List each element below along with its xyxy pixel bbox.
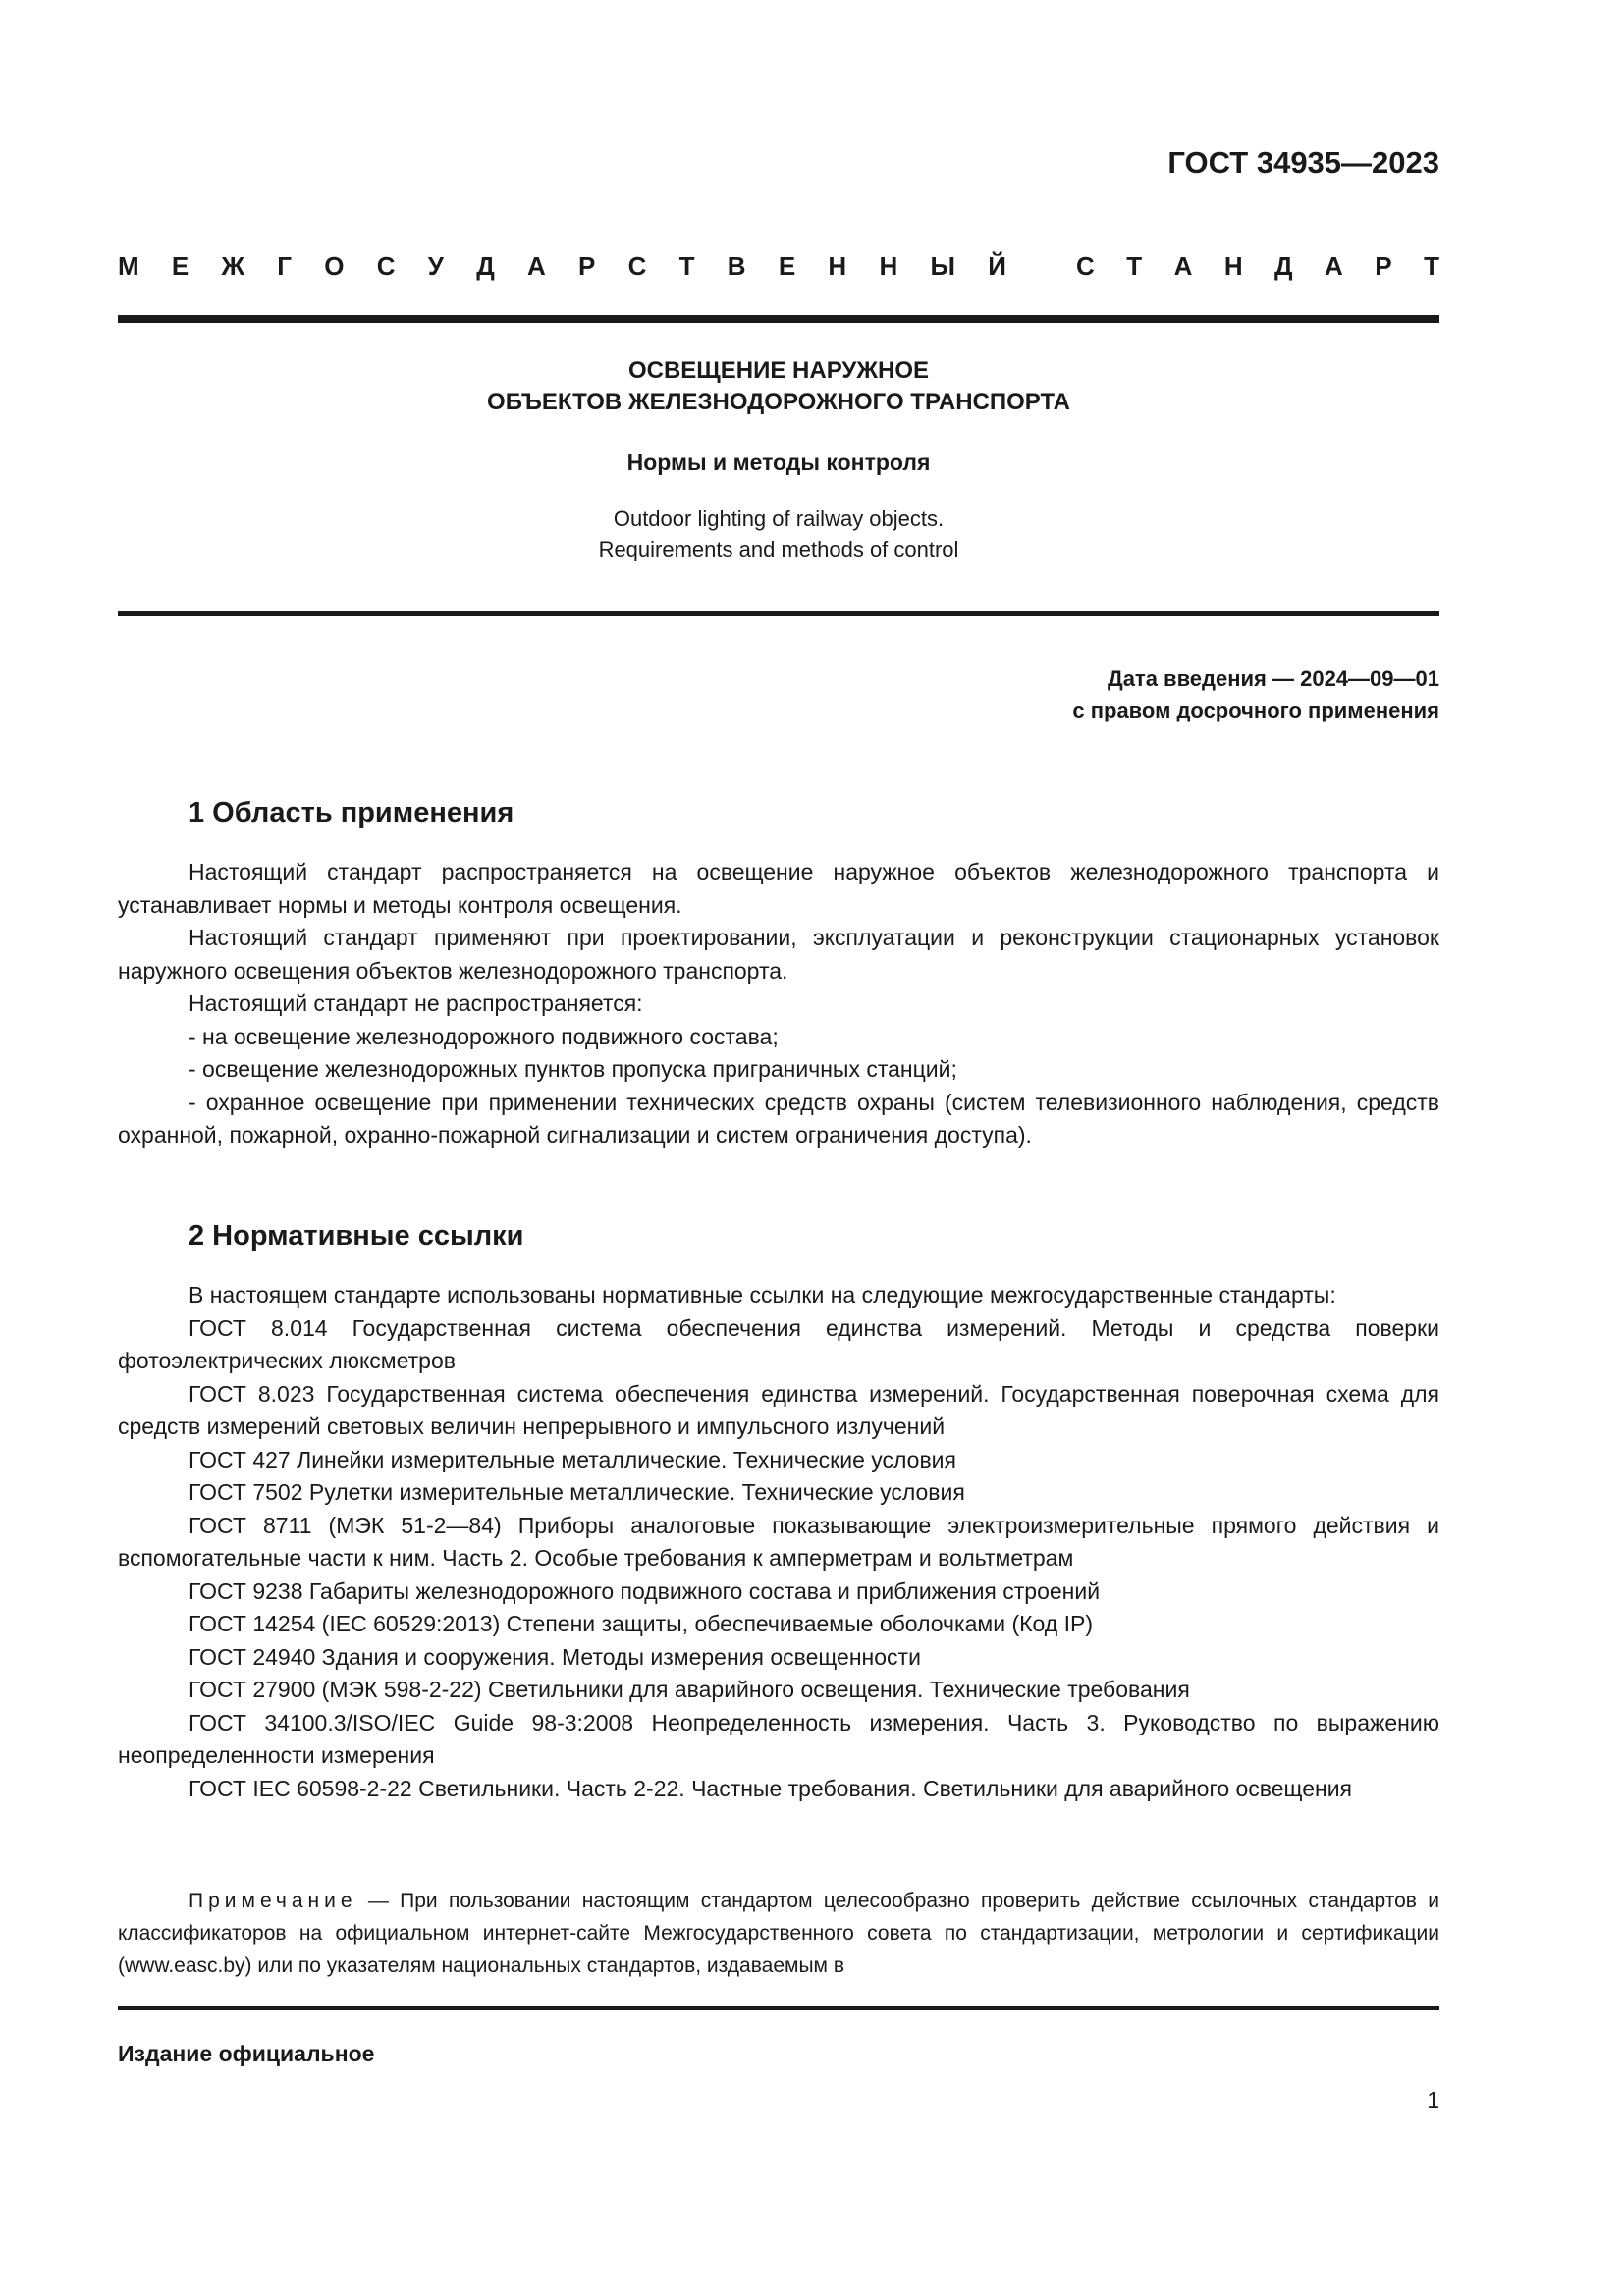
reference-item: ГОСТ 8.014 Государственная система обесп…: [118, 1312, 1439, 1378]
reference-item: ГОСТ 14254 (IEC 60529:2013) Степени защи…: [118, 1608, 1439, 1641]
early-application-line: с правом досрочного применения: [1072, 695, 1439, 726]
reference-item: ГОСТ 7502 Рулетки измерительные металлич…: [118, 1476, 1439, 1510]
title-line-2: ОБЪЕКТОВ ЖЕЛЕЗНОДОРОЖНОГО ТРАНСПОРТА: [118, 387, 1439, 418]
title-block: ОСВЕЩЕНИЕ НАРУЖНОЕ ОБЪЕКТОВ ЖЕЛЕЗНОДОРОЖ…: [118, 355, 1439, 564]
note: Примечание — При пользовании настоящим с…: [118, 1885, 1439, 1982]
title-line-1: ОСВЕЩЕНИЕ НАРУЖНОЕ: [118, 355, 1439, 387]
section-body-normative-references: В настоящем стандарте использованы норма…: [118, 1279, 1439, 1805]
paragraph: Настоящий стандарт не распространяется:: [118, 988, 1439, 1021]
english-title-line-1: Outdoor lighting of railway objects.: [118, 504, 1439, 534]
reference-item: ГОСТ 427 Линейки измерительные металличе…: [118, 1444, 1439, 1477]
banner-word-interstate: МЕЖГОСУДАРСТВЕННЫЙ: [118, 251, 1006, 282]
footer-divider: [118, 2006, 1439, 2010]
subtitle: Нормы и методы контроля: [118, 448, 1439, 477]
paragraph: Настоящий стандарт применяют при проекти…: [118, 922, 1439, 988]
section-body-scope: Настоящий стандарт распространяется на о…: [118, 856, 1439, 1152]
reference-item: ГОСТ 8711 (МЭК 51-2—84) Приборы аналогов…: [118, 1510, 1439, 1575]
reference-item: ГОСТ 27900 (МЭК 598-2-22) Светильники дл…: [118, 1674, 1439, 1707]
section-heading-scope: 1 Область применения: [189, 797, 514, 829]
interstate-standard-banner: МЕЖГОСУДАРСТВЕННЫЙ СТАНДАРТ: [118, 251, 1439, 282]
reference-item: ГОСТ 8.023 Государственная система обесп…: [118, 1378, 1439, 1444]
reference-item: ГОСТ 34100.3/ISO/IEC Guide 98-3:2008 Нео…: [118, 1707, 1439, 1773]
introduction-date-line: Дата введения — 2024—09—01: [1072, 664, 1439, 695]
banner-word-standard: СТАНДАРТ: [1076, 251, 1439, 282]
reference-item: ГОСТ IEC 60598-2-22 Светильники. Часть 2…: [118, 1773, 1439, 1806]
list-item: - освещение железнодорожных пунктов проп…: [118, 1053, 1439, 1087]
header-divider: [118, 315, 1439, 323]
section-heading-normative-references: 2 Нормативные ссылки: [189, 1220, 524, 1253]
reference-item: ГОСТ 24940 Здания и сооружения. Методы и…: [118, 1641, 1439, 1675]
english-title: Outdoor lighting of railway objects. Req…: [118, 504, 1439, 564]
introduction-date: Дата введения — 2024—09—01 с правом доср…: [1072, 664, 1439, 726]
list-item: - на освещение железнодорожного подвижно…: [118, 1021, 1439, 1054]
list-item: - охранное освещение при применении техн…: [118, 1087, 1439, 1152]
official-edition-label: Издание официальное: [118, 2041, 374, 2067]
note-label: Примечание: [189, 1890, 357, 1912]
page-number: 1: [1427, 2087, 1439, 2113]
title-divider: [118, 611, 1439, 616]
paragraph: Настоящий стандарт распространяется на о…: [118, 856, 1439, 922]
reference-item: ГОСТ 9238 Габариты железнодорожного подв…: [118, 1575, 1439, 1609]
paragraph: В настоящем стандарте использованы норма…: [118, 1279, 1439, 1312]
english-title-line-2: Requirements and methods of control: [118, 534, 1439, 564]
standard-number: ГОСТ 34935—2023: [1167, 145, 1439, 181]
